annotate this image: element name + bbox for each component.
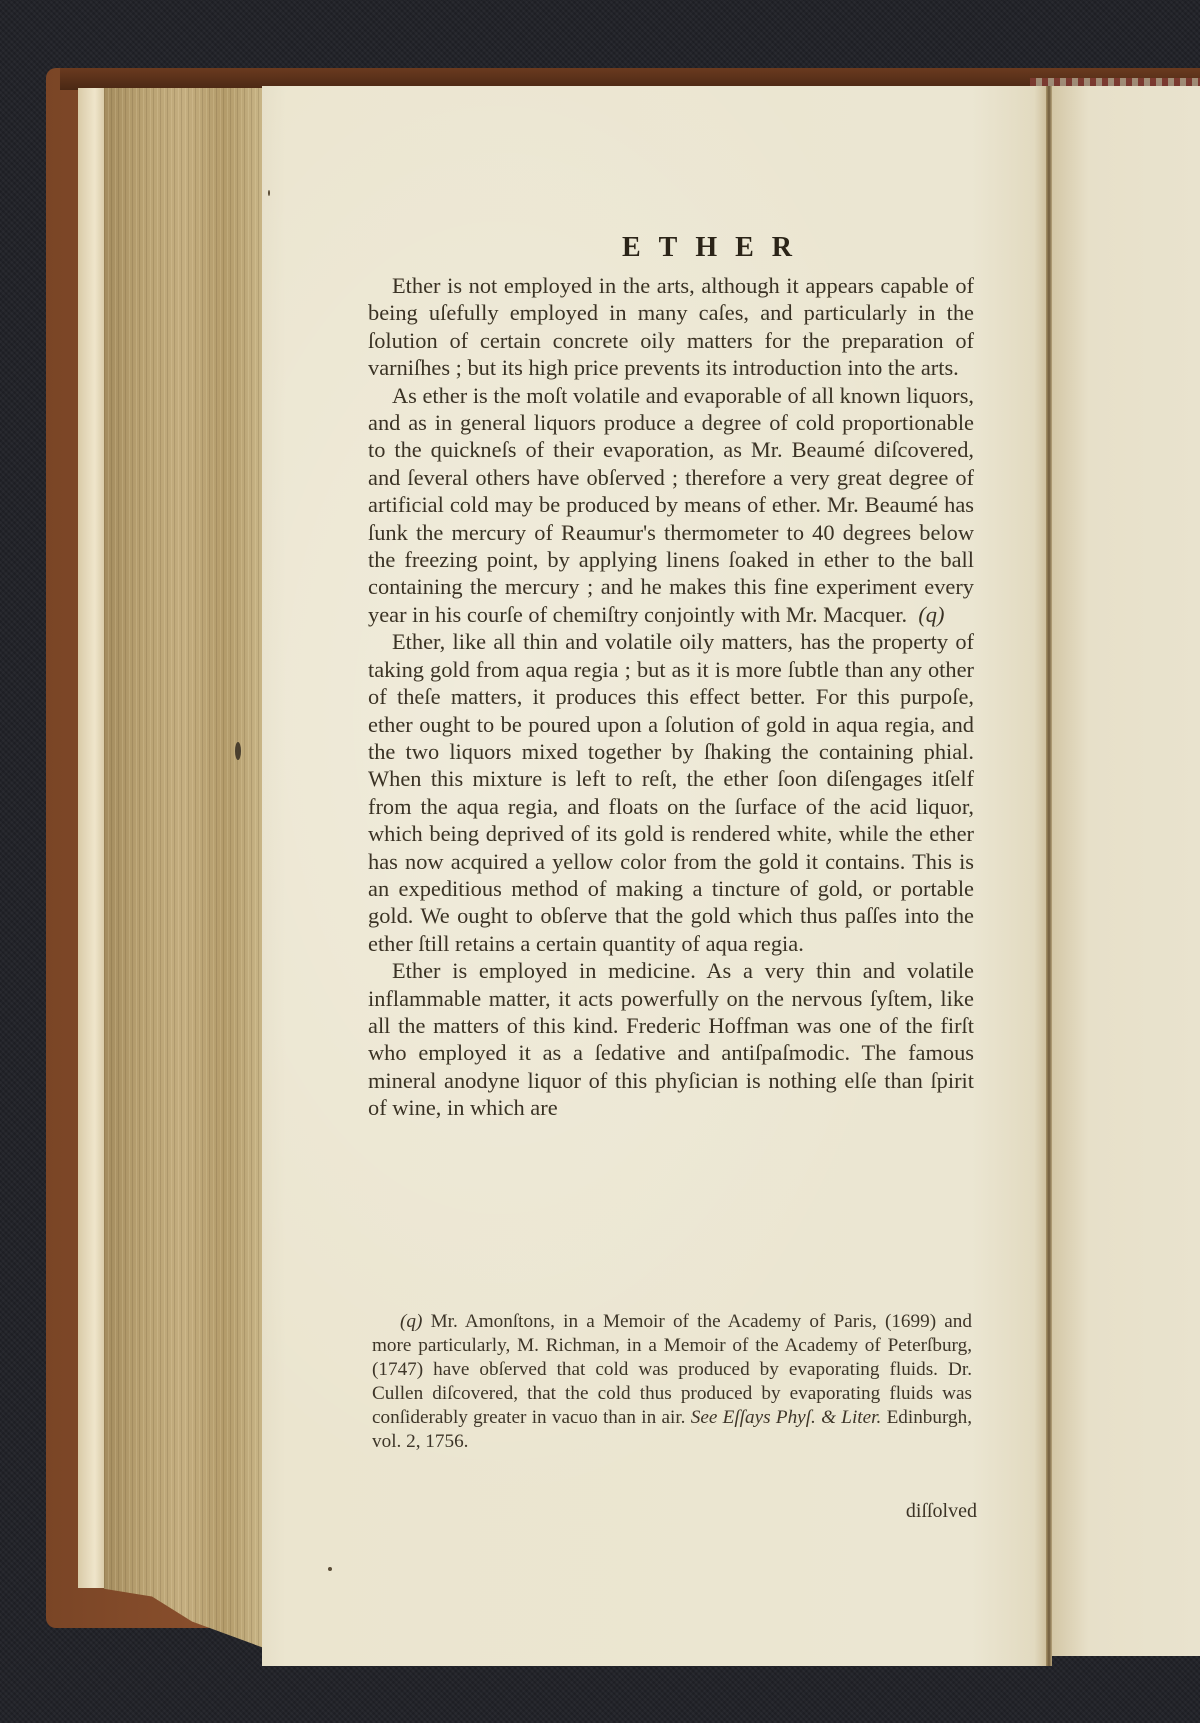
paper-speck bbox=[235, 742, 241, 760]
footnote-reference: (q) bbox=[918, 602, 944, 627]
footnote-citation: See Eſſays Phyſ. & Liter. bbox=[691, 1407, 882, 1428]
catchword: diſſolved bbox=[906, 1500, 977, 1523]
page-block-edges bbox=[104, 88, 264, 1648]
paragraph: As ether is the moſt volatile and evapor… bbox=[368, 382, 974, 629]
body-text: Ether is not employed in the arts, altho… bbox=[368, 272, 974, 1122]
page-gutter bbox=[1046, 86, 1052, 1666]
endpaper-strip bbox=[78, 88, 106, 1588]
paragraph: Ether is employed in medicine. As a very… bbox=[368, 957, 974, 1121]
paragraph: Ether is not employed in the arts, altho… bbox=[368, 272, 974, 382]
facing-page-edge bbox=[1052, 86, 1200, 1656]
running-head: ETHER bbox=[622, 232, 810, 264]
footnote: (q) Mr. Amonſtons, in a Memoir of the Ac… bbox=[372, 1310, 972, 1454]
paper-speck bbox=[328, 1567, 332, 1571]
paragraph: Ether, like all thin and volatile oily m… bbox=[368, 628, 974, 957]
paper-speck bbox=[268, 190, 270, 196]
footnote-text: Mr. Amonſtons, in a Memoir of the Academ… bbox=[372, 1311, 972, 1428]
footnote-marker: (q) bbox=[400, 1311, 422, 1332]
